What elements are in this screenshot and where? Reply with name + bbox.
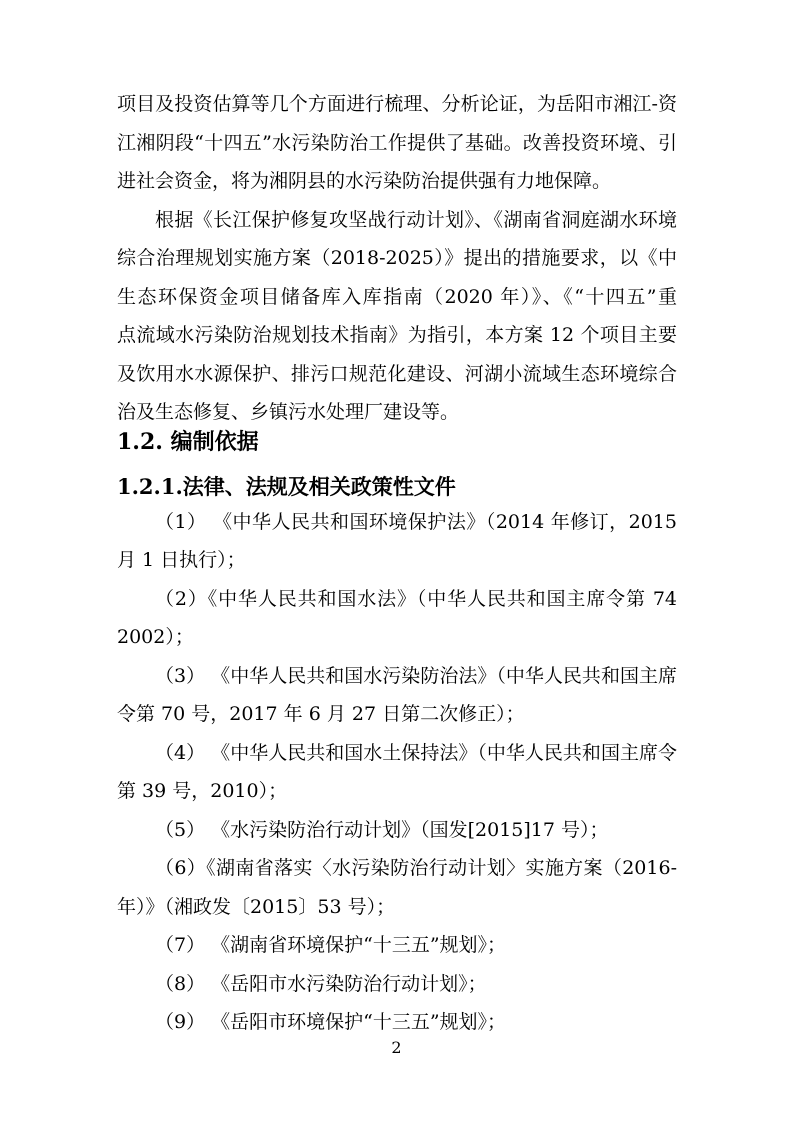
- subsection-heading: 1.2.1.法律、法规及相关政策性文件: [117, 471, 677, 503]
- legal-item-5: （5） 《水污染防治行动计划》（国发[2015]17 号）；: [117, 811, 677, 850]
- page-number: 2: [0, 1038, 793, 1058]
- legal-item-2: （2）《中华人民共和国水法》（中华人民共和国主席令第 74 号， 2002）；: [117, 580, 677, 657]
- text-line: 月 1 日执行）；: [117, 541, 677, 580]
- paragraph-continuation: 项目及投资估算等几个方面进行梳理、分析论证，为岳阳市湘江-资 江湘阴段“十四五”…: [117, 85, 677, 201]
- paragraph-basis: 根据《长江保护修复攻坚战行动计划》、《湖南省洞庭湖水环境 综合治理规划实施方案（…: [117, 201, 677, 432]
- page-content: 项目及投资估算等几个方面进行梳理、分析论证，为岳阳市湘江-资 江湘阴段“十四五”…: [117, 85, 677, 1042]
- legal-item-7: （7） 《湖南省环境保护“十三五”规划》；: [117, 926, 677, 965]
- text-line: 点流域水污染防治规划技术指南》为指引，本方案 12 个项目主要涉: [117, 316, 677, 355]
- text-line: 项目及投资估算等几个方面进行梳理、分析论证，为岳阳市湘江-资: [117, 85, 677, 124]
- text-line: 江湘阴段“十四五”水污染防治工作提供了基础。改善投资环境、引: [117, 124, 677, 163]
- text-line: 第 39 号，2010）；: [117, 772, 677, 811]
- text-line: （6）《湖南省落实〈水污染防治行动计划〉实施方案（2016-2020: [117, 849, 677, 888]
- text-line: （5） 《水污染防治行动计划》（国发[2015]17 号）；: [117, 811, 677, 850]
- legal-item-3: （3） 《中华人民共和国水污染防治法》（中华人民共和国主席 令第 70 号，20…: [117, 657, 677, 734]
- legal-item-9: （9） 《岳阳市环境保护“十三五”规划》；: [117, 1003, 677, 1042]
- text-line: 2002）；: [117, 618, 677, 657]
- text-line: （7） 《湖南省环境保护“十三五”规划》；: [117, 926, 677, 965]
- text-line: 及饮用水水源保护、排污口规范化建设、河湖小流域生态环境综合整: [117, 355, 677, 394]
- text-line: 生态环保资金项目储备库入库指南（2020 年）》、《“十四五”重: [117, 278, 677, 317]
- legal-item-1: （1） 《中华人民共和国环境保护法》（2014 年修订，2015 年 1 月 1…: [117, 503, 677, 580]
- text-line: （4） 《中华人民共和国水土保持法》（中华人民共和国主席令: [117, 734, 677, 773]
- text-line: （1） 《中华人民共和国环境保护法》（2014 年修订，2015 年 1: [117, 503, 677, 542]
- text-line: （2）《中华人民共和国水法》（中华人民共和国主席令第 74 号，: [117, 580, 677, 619]
- text-line: （3） 《中华人民共和国水污染防治法》（中华人民共和国主席: [117, 657, 677, 696]
- text-line: 综合治理规划实施方案（2018-2025）》提出的措施要求，以《中央: [117, 239, 677, 278]
- text-line: 令第 70 号，2017 年 6 月 27 日第二次修正）；: [117, 695, 677, 734]
- text-line: （8） 《岳阳市水污染防治行动计划》；: [117, 965, 677, 1004]
- text-line: 根据《长江保护修复攻坚战行动计划》、《湖南省洞庭湖水环境: [117, 201, 677, 240]
- document-page: 项目及投资估算等几个方面进行梳理、分析论证，为岳阳市湘江-资 江湘阴段“十四五”…: [0, 0, 793, 1122]
- text-line: 年）》（湘政发〔2015〕53 号）；: [117, 888, 677, 927]
- text-line: 进社会资金，将为湘阴县的水污染防治提供强有力地保障。: [117, 162, 677, 201]
- legal-item-6: （6）《湖南省落实〈水污染防治行动计划〉实施方案（2016-2020 年）》（湘…: [117, 849, 677, 926]
- text-line: （9） 《岳阳市环境保护“十三五”规划》；: [117, 1003, 677, 1042]
- legal-item-8: （8） 《岳阳市水污染防治行动计划》；: [117, 965, 677, 1004]
- legal-item-4: （4） 《中华人民共和国水土保持法》（中华人民共和国主席令 第 39 号，201…: [117, 734, 677, 811]
